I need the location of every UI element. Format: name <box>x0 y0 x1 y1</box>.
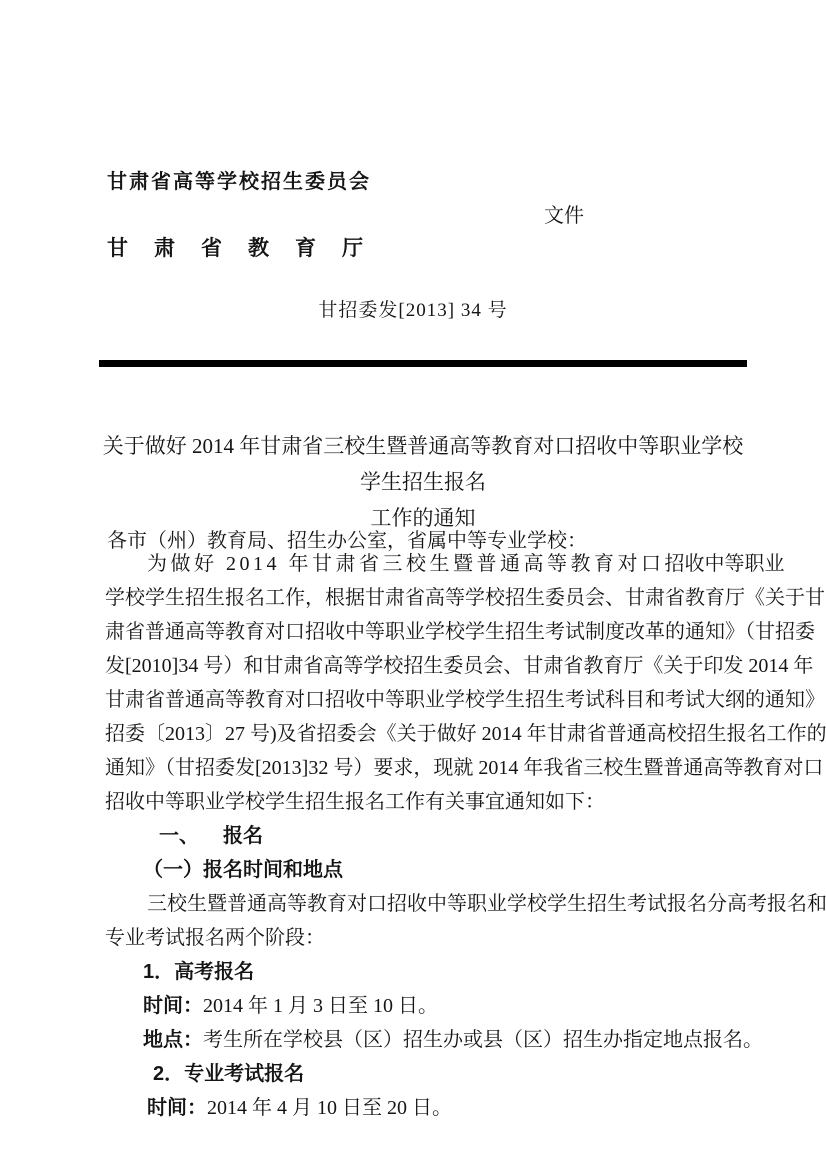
document-page: 甘肃省高等学校招生委员会 文件 甘肃省教育厅 甘招委发[2013] 34 号 关… <box>0 0 826 1169</box>
paragraph-line: 专业考试报名两个阶段： <box>105 921 765 955</box>
item-1-place-line: 地点：考生所在学校县（区）招生办或县（区）招生办指定地点报名。 <box>105 1023 765 1057</box>
subsection-1-heading: （一）报名时间和地点 <box>105 853 765 887</box>
section-1-title: 报名 <box>223 825 263 847</box>
paragraph-line: 为做好 2014 年甘肃省三校生暨普通高等教育对口招收中等职业 <box>105 547 765 581</box>
item-2-time-line: 时间：2014 年 4 月 10 日至 20 日。 <box>105 1091 765 1125</box>
paragraph-line: 甘肃省普通高等教育对口招收中等职业学校学生招生考试科目和考试大纲的通知》（甘 <box>105 683 765 717</box>
document-word: 文件 <box>544 199 584 228</box>
item-1-heading: 1．高考报名 <box>105 955 765 989</box>
paragraph-line: 肃省普通高等教育对口招收中等职业学校学生招生考试制度改革的通知》（甘招委 <box>105 615 765 649</box>
time-value: 2014 年 1 月 3 日至 10 日。 <box>203 995 438 1017</box>
paragraph-line: 招委〔2013〕27 号)及省招委会《关于做好 2014 年甘肃省普通高校招生报… <box>105 717 765 751</box>
paragraph-line: 学校学生招生报名工作，根据甘肃省高等学校招生委员会、甘肃省教育厅《关于甘 <box>105 581 765 615</box>
section-1-heading: 一、报名 <box>105 819 765 853</box>
time-value: 2014 年 4 月 10 日至 20 日。 <box>207 1097 452 1119</box>
time-label: 时间： <box>143 995 203 1017</box>
item-2-heading: 2．专业考试报名 <box>105 1057 765 1091</box>
place-value: 考生所在学校县（区）招生办或县（区）招生办指定地点报名。 <box>203 1029 763 1051</box>
issuing-org-admissions-committee: 甘肃省高等学校招生委员会 <box>107 165 371 194</box>
letterhead-divider-rule <box>99 360 747 367</box>
time-label: 时间： <box>147 1097 207 1119</box>
item-1-time-line: 时间：2014 年 1 月 3 日至 10 日。 <box>105 989 765 1023</box>
paragraph-line-tail-segment: 招收中等职业 <box>665 553 785 575</box>
document-title: 关于做好 2014 年甘肃省三校生暨普通高等教育对口招收中等职业学校学生招生报名… <box>99 428 747 536</box>
place-label: 地点： <box>143 1029 203 1051</box>
paragraph-line-spread-segment: 为做好 2014 年甘肃省三校生暨普通高等教育对口 <box>147 553 665 575</box>
paragraph-line: 发[2010]34 号）和甘肃省高等学校招生委员会、甘肃省教育厅《关于印发 20… <box>105 649 765 683</box>
document-number: 甘招委发[2013] 34 号 <box>0 295 826 322</box>
document-title-line1: 关于做好 2014 年甘肃省三校生暨普通高等教育对口招收中等职业学校学生招生报名 <box>99 428 747 500</box>
document-body: 为做好 2014 年甘肃省三校生暨普通高等教育对口招收中等职业 学校学生招生报名… <box>105 547 765 1125</box>
paragraph-line: 通知》（甘招委发[2013]32 号）要求，现就 2014 年我省三校生暨普通高… <box>105 751 765 785</box>
issuing-org-education-department: 甘肃省教育厅 <box>107 232 389 262</box>
paragraph-line: 三校生暨普通高等教育对口招收中等职业学校学生招生考试报名分高考报名和 <box>105 887 765 921</box>
section-1-number: 一、 <box>159 825 199 847</box>
paragraph-line: 招收中等职业学校学生招生报名工作有关事宜通知如下： <box>105 785 765 819</box>
